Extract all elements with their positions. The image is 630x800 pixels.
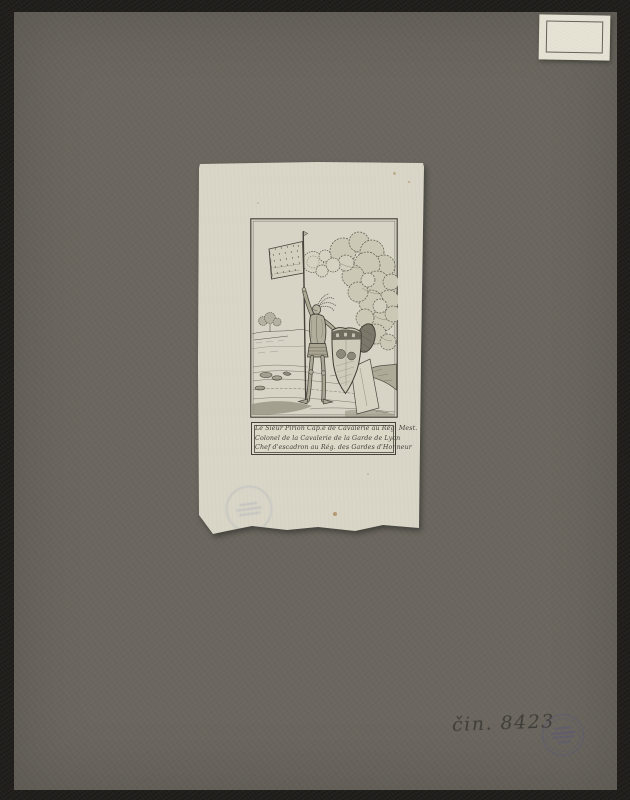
print-sheet-paper: Le Sieur Pirion Cap.e de Cavalerie au Ré… — [197, 162, 425, 537]
gauntlet-hand — [302, 288, 306, 292]
knee-cop — [309, 370, 313, 374]
tasset-skirt — [308, 344, 329, 358]
caption-line: Le Sieur Pirion Cap.e de Cavalerie au Ré… — [255, 424, 391, 434]
mat-board: Le Sieur Pirion Cap.e de Cavalerie au Ré… — [14, 12, 617, 790]
shield-charge — [348, 352, 356, 360]
archival-label-paper — [539, 14, 611, 60]
foxing-spot — [257, 202, 259, 204]
foxing-spot — [333, 512, 337, 516]
shield-charge — [337, 350, 346, 359]
etching-illustration — [250, 218, 398, 418]
faint-paper-stamp-icon — [223, 483, 275, 535]
caption-plate: Le Sieur Pirion Cap.e de Cavalerie au Ré… — [251, 422, 396, 455]
label-frame — [546, 21, 604, 54]
foxing-spot — [408, 181, 410, 183]
archival-label — [539, 15, 610, 60]
leg-right — [323, 357, 324, 401]
caption-line: Colonel de la Cavalerie de la Garde de L… — [255, 434, 391, 444]
foxing-spot — [393, 172, 396, 175]
foxing-spot — [367, 473, 369, 475]
print-sheet: Le Sieur Pirion Cap.e de Cavalerie au Ré… — [197, 162, 425, 537]
knee-cop — [321, 371, 325, 375]
caption-line: Chef d'escadron au Rég. des Gardes d'Hon… — [255, 443, 391, 453]
breastplate — [309, 314, 326, 343]
